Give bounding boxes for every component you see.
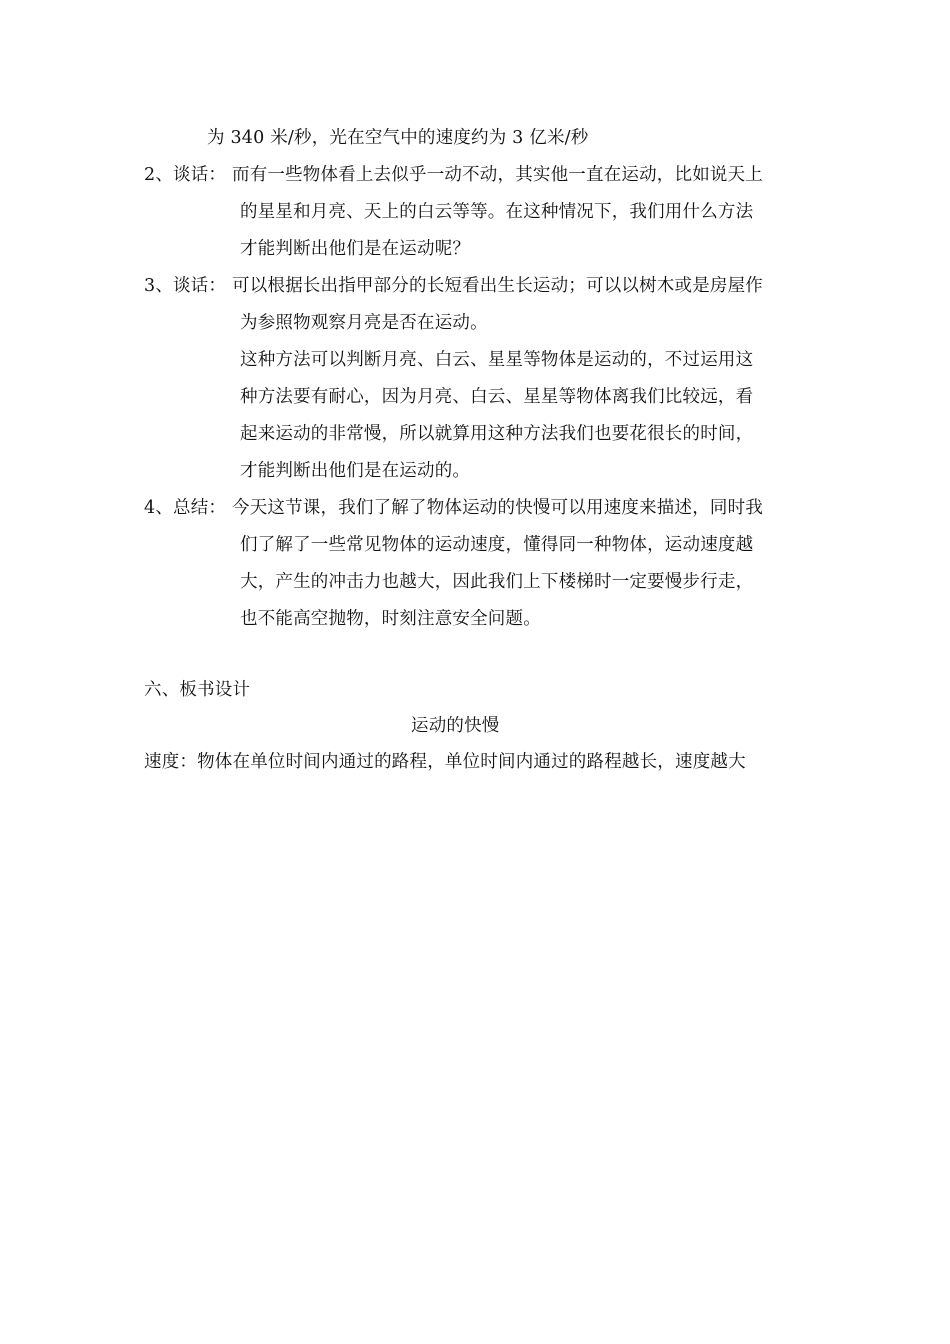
board-title: 运动的快慢	[411, 715, 500, 737]
intro-continuation: 为 340 米/秒，光在空气中的速度约为 3 亿米/秒	[207, 127, 588, 149]
item-3-text: 可以根据长出指甲部分的长短看出生长运动；可以以树木或是房屋作	[232, 276, 763, 296]
item-3-line-4: 种方法要有耐心，因为月亮、白云、星星等物体离我们比较远，看	[240, 386, 753, 408]
item-3-line-5: 起来运动的非常慢，所以就算用这种方法我们也要花很长的时间，	[240, 423, 753, 445]
item-4-label: 4、总结：	[144, 497, 232, 519]
item-2-label: 2、谈话：	[144, 164, 232, 186]
item-4-text: 今天这节课，我们了解了物体运动的快慢可以用速度来描述，同时我	[232, 498, 763, 518]
document-page: 为 340 米/秒，光在空气中的速度约为 3 亿米/秒 2、谈话：而有一些物体看…	[0, 0, 950, 1344]
item-2-line-3: 才能判断出他们是在运动呢？	[240, 238, 470, 260]
item-4-line-1: 4、总结：今天这节课，我们了解了物体运动的快慢可以用速度来描述，同时我	[144, 497, 763, 519]
item-3-line-6: 才能判断出他们是在运动的。	[240, 460, 470, 482]
item-3-line-1: 3、谈话：可以根据长出指甲部分的长短看出生长运动；可以以树木或是房屋作	[144, 275, 763, 297]
section-six-heading: 六、板书设计	[144, 679, 250, 701]
item-2-text: 而有一些物体看上去似乎一动不动，其实他一直在运动，比如说天上	[232, 165, 763, 185]
item-3-label: 3、谈话：	[144, 275, 232, 297]
item-4-line-3: 大，产生的冲击力也越大，因此我们上下楼梯时一定要慢步行走，	[240, 571, 753, 593]
item-2-line-2: 的星星和月亮、天上的白云等等。在这种情况下，我们用什么方法	[240, 201, 753, 223]
item-2-line-1: 2、谈话：而有一些物体看上去似乎一动不动，其实他一直在运动，比如说天上	[144, 164, 763, 186]
item-3-line-3: 这种方法可以判断月亮、白云、星星等物体是运动的，不过运用这	[240, 349, 753, 371]
item-3-line-2: 为参照物观察月亮是否在运动。	[240, 312, 488, 334]
item-4-line-4: 也不能高空抛物，时刻注意安全问题。	[240, 608, 541, 630]
item-4-line-2: 们了解了一些常见物体的运动速度，懂得同一种物体，运动速度越	[240, 534, 753, 556]
speed-definition: 速度：物体在单位时间内通过的路程，单位时间内通过的路程越长，速度越大	[144, 751, 746, 773]
